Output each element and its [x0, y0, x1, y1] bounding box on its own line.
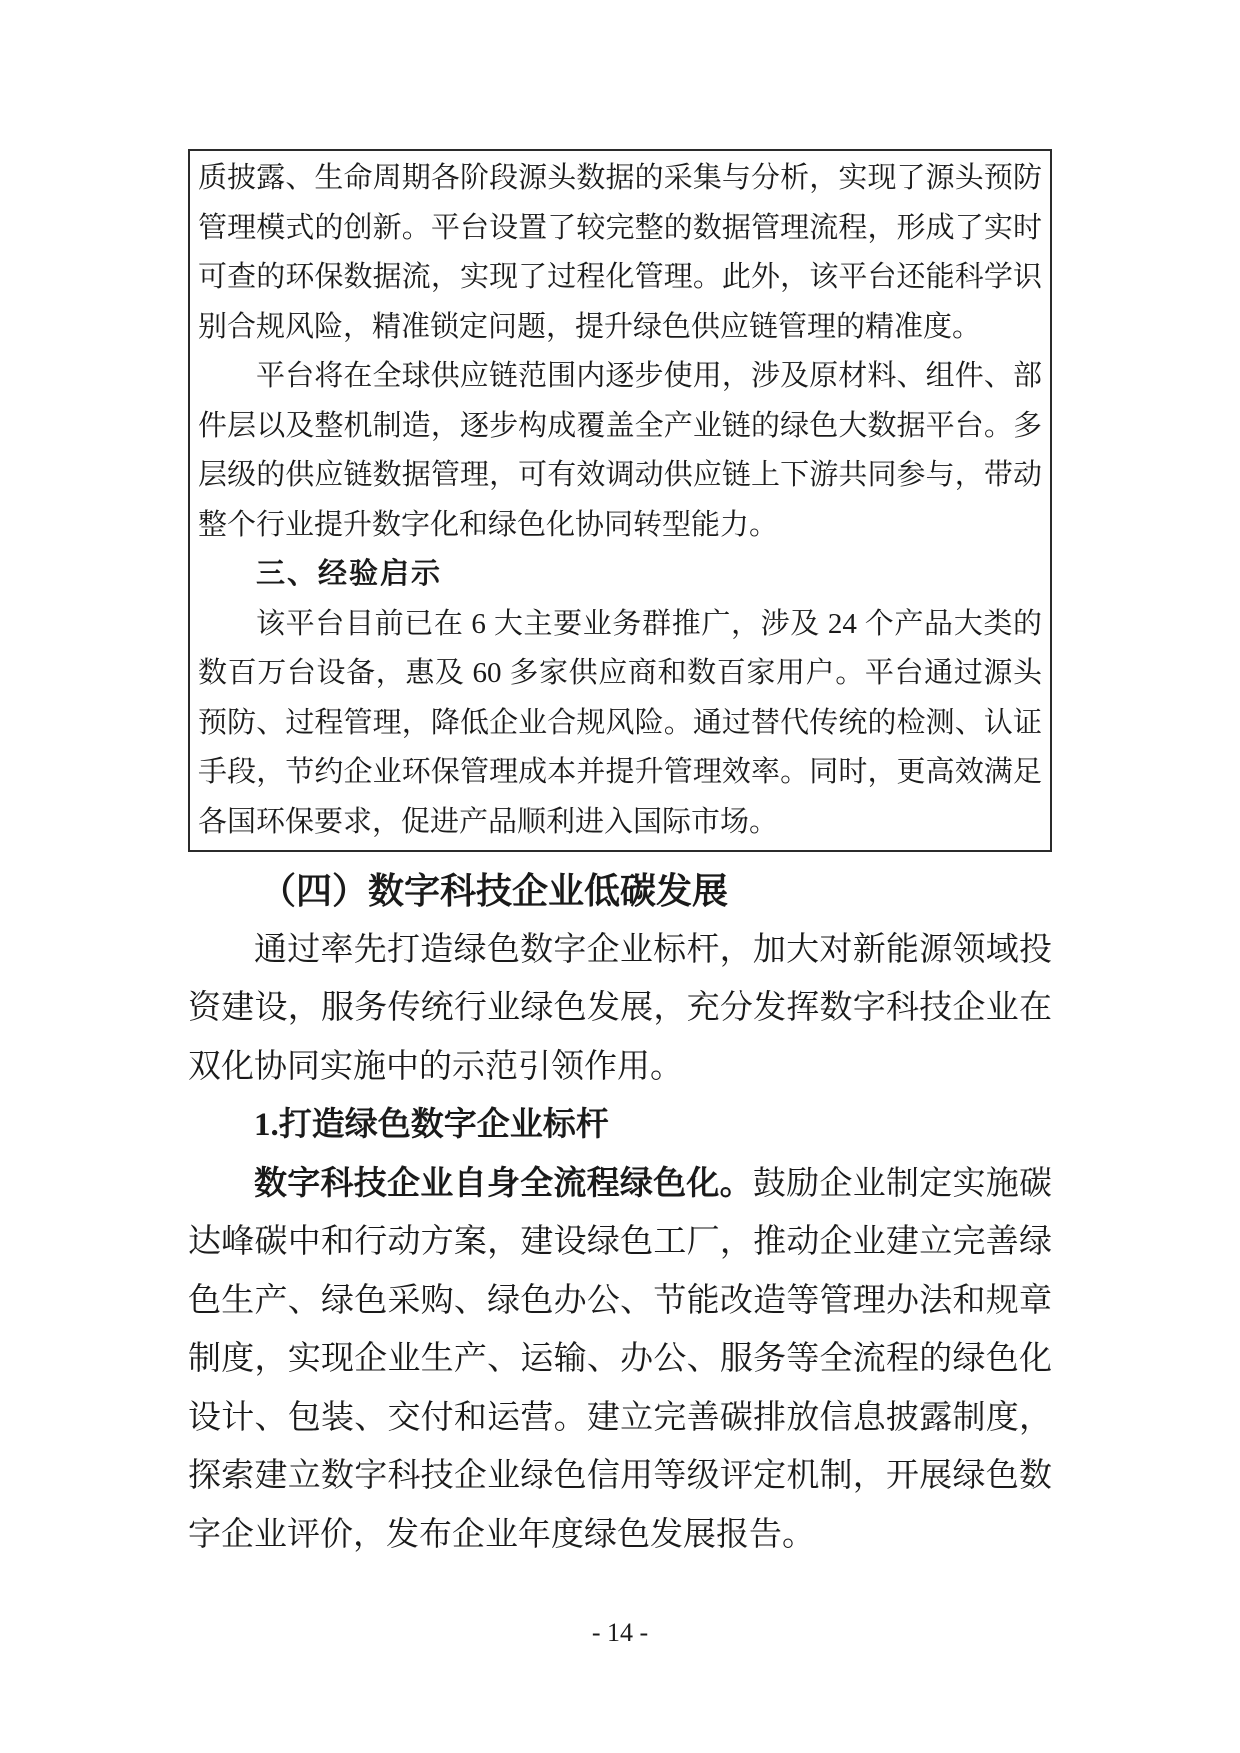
section-4-heading: （四）数字科技企业低碳发展 — [188, 862, 1052, 921]
subsection-1-paragraph-lead: 数字科技企业自身全流程绿色化。 — [254, 1166, 753, 1202]
case-study-box: 质披露、生命周期各阶段源头数据的采集与分析，实现了源头预防管理模式的创新。平台设… — [188, 149, 1052, 852]
subsection-1-heading: 1.打造绿色数字企业标杆 — [188, 1096, 1052, 1155]
case-box-paragraph-2: 平台将在全球供应链范围内逐步使用，涉及原材料、组件、部件层以及整机制造，逐步构成… — [198, 352, 1042, 550]
case-box-paragraph-3: 该平台目前已在 6 大主要业务群推广，涉及 24 个产品大类的数百万台设备，惠及… — [198, 600, 1042, 848]
page-footer: - 14 - — [0, 1618, 1240, 1648]
subsection-1-paragraph: 数字科技企业自身全流程绿色化。鼓励企业制定实施碳达峰碳中和行动方案，建设绿色工厂… — [188, 1155, 1052, 1565]
subsection-1-paragraph-rest: 鼓励企业制定实施碳达峰碳中和行动方案，建设绿色工厂，推动企业建立完善绿色生产、绿… — [188, 1166, 1052, 1553]
case-box-paragraph-1: 质披露、生命周期各阶段源头数据的采集与分析，实现了源头预防管理模式的创新。平台设… — [198, 154, 1042, 352]
page-content: 质披露、生命周期各阶段源头数据的采集与分析，实现了源头预防管理模式的创新。平台设… — [188, 149, 1052, 1564]
section-4: （四）数字科技企业低碳发展 通过率先打造绿色数字企业标杆，加大对新能源领域投资建… — [188, 862, 1052, 1564]
document-page: 质披露、生命周期各阶段源头数据的采集与分析，实现了源头预防管理模式的创新。平台设… — [0, 0, 1240, 1753]
case-box-heading-experience: 三、经验启示 — [198, 550, 1042, 600]
page-number: - 14 - — [592, 1618, 648, 1647]
section-4-paragraph-1: 通过率先打造绿色数字企业标杆，加大对新能源领域投资建设，服务传统行业绿色发展，充… — [188, 921, 1052, 1097]
